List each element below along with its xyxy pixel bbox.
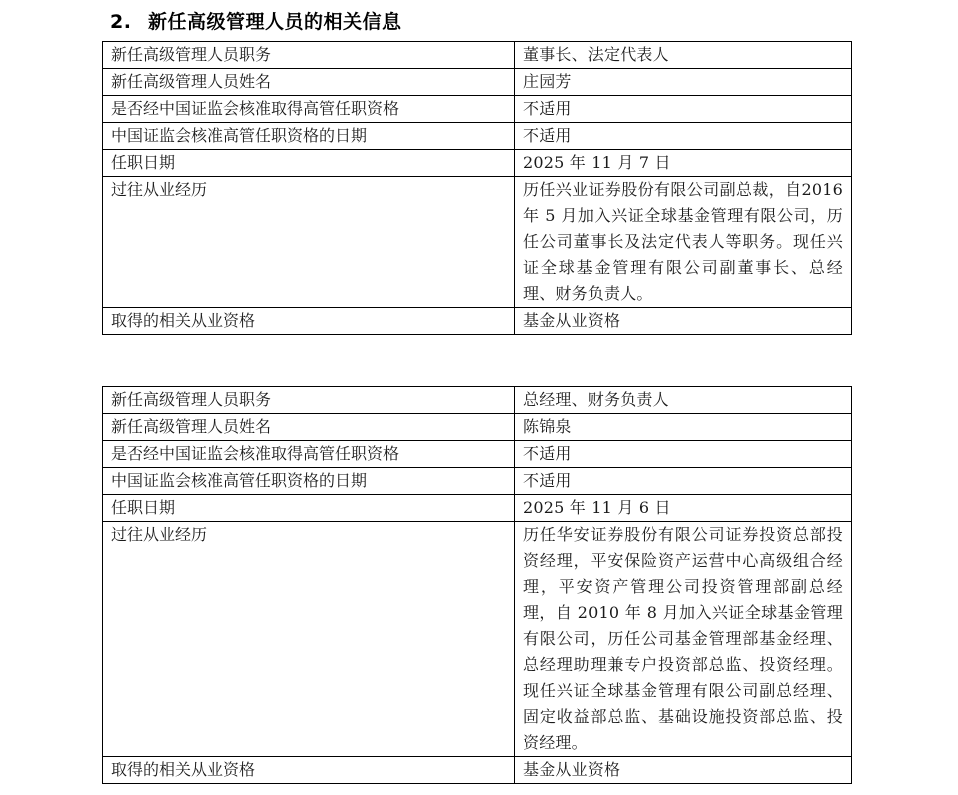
row-label: 中国证监会核准高管任职资格的日期 — [103, 468, 515, 495]
row-label: 是否经中国证监会核准取得高管任职资格 — [103, 441, 515, 468]
row-value: 2025 年 11 月 6 日 — [515, 495, 852, 522]
row-label: 过往从业经历 — [103, 522, 515, 757]
row-value: 基金从业资格 — [515, 308, 852, 335]
row-label: 新任高级管理人员姓名 — [103, 69, 515, 96]
row-value: 不适用 — [515, 96, 852, 123]
row-value: 不适用 — [515, 441, 852, 468]
table-row-name: 新任高级管理人员姓名 陈锦泉 — [103, 414, 852, 441]
table-row-appointment-date: 任职日期 2025 年 11 月 6 日 — [103, 495, 852, 522]
table-row-approval-date: 中国证监会核准高管任职资格的日期 不适用 — [103, 468, 852, 495]
table-row-csrc-approval: 是否经中国证监会核准取得高管任职资格 不适用 — [103, 441, 852, 468]
row-label: 新任高级管理人员职务 — [103, 42, 515, 69]
row-label: 过往从业经历 — [103, 177, 515, 308]
row-value: 陈锦泉 — [515, 414, 852, 441]
table-row-position: 新任高级管理人员职务 董事长、法定代表人 — [103, 42, 852, 69]
row-label: 取得的相关从业资格 — [103, 308, 515, 335]
row-value: 董事长、法定代表人 — [515, 42, 852, 69]
row-label: 中国证监会核准高管任职资格的日期 — [103, 123, 515, 150]
table-row-csrc-approval: 是否经中国证监会核准取得高管任职资格 不适用 — [103, 96, 852, 123]
table-row-qualification: 取得的相关从业资格 基金从业资格 — [103, 308, 852, 335]
table-row-name: 新任高级管理人员姓名 庄园芳 — [103, 69, 852, 96]
table-row-career-history: 过往从业经历 历任兴业证券股份有限公司副总裁，自2016 年 5 月加入兴证全球… — [103, 177, 852, 308]
row-value: 不适用 — [515, 468, 852, 495]
section-title: 新任高级管理人员的相关信息 — [148, 11, 402, 33]
executive-info-table-1: 新任高级管理人员职务 董事长、法定代表人 新任高级管理人员姓名 庄园芳 是否经中… — [102, 41, 852, 335]
row-label: 取得的相关从业资格 — [103, 757, 515, 784]
row-label: 任职日期 — [103, 150, 515, 177]
row-value: 2025 年 11 月 7 日 — [515, 150, 852, 177]
row-label: 任职日期 — [103, 495, 515, 522]
row-label: 新任高级管理人员职务 — [103, 387, 515, 414]
row-value: 不适用 — [515, 123, 852, 150]
executive-info-table-2: 新任高级管理人员职务 总经理、财务负责人 新任高级管理人员姓名 陈锦泉 是否经中… — [102, 386, 852, 784]
table-row-approval-date: 中国证监会核准高管任职资格的日期 不适用 — [103, 123, 852, 150]
row-label: 新任高级管理人员姓名 — [103, 414, 515, 441]
table-row-qualification: 取得的相关从业资格 基金从业资格 — [103, 757, 852, 784]
row-value: 总经理、财务负责人 — [515, 387, 852, 414]
row-value: 庄园芳 — [515, 69, 852, 96]
section-heading: 2.新任高级管理人员的相关信息 — [110, 8, 402, 36]
section-number: 2. — [110, 8, 148, 36]
row-value: 历任华安证券股份有限公司证券投资总部投资经理，平安保险资产运营中心高级组合经理，… — [515, 522, 852, 757]
row-label: 是否经中国证监会核准取得高管任职资格 — [103, 96, 515, 123]
row-value: 历任兴业证券股份有限公司副总裁，自2016 年 5 月加入兴证全球基金管理有限公… — [515, 177, 852, 308]
table-row-appointment-date: 任职日期 2025 年 11 月 7 日 — [103, 150, 852, 177]
row-value: 基金从业资格 — [515, 757, 852, 784]
table-row-career-history: 过往从业经历 历任华安证券股份有限公司证券投资总部投资经理，平安保险资产运营中心… — [103, 522, 852, 757]
table-row-position: 新任高级管理人员职务 总经理、财务负责人 — [103, 387, 852, 414]
